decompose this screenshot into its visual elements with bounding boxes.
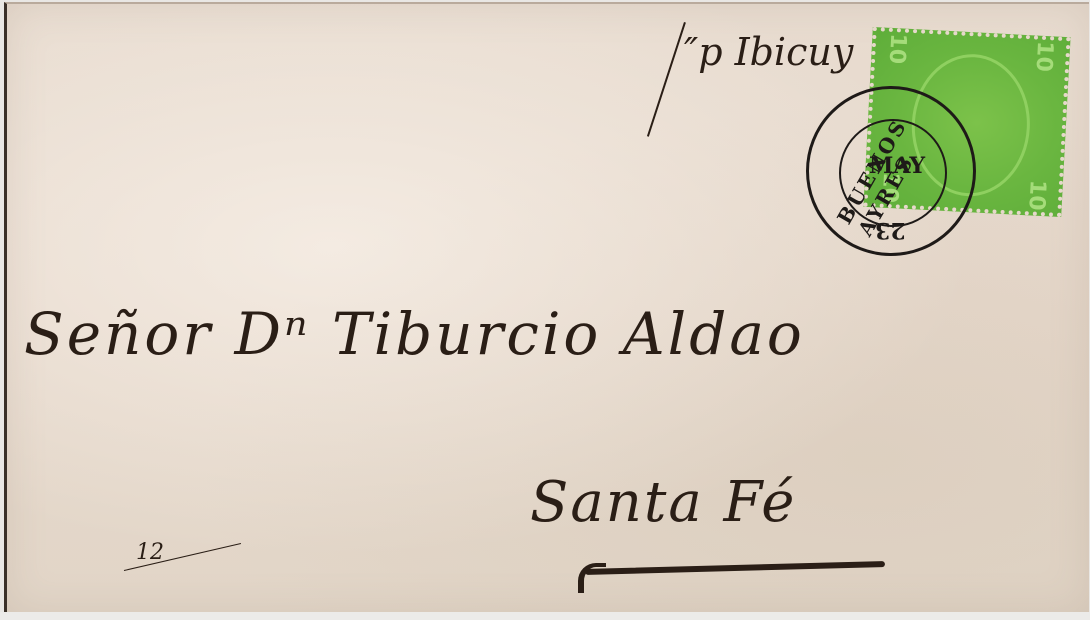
flourish-hook	[578, 563, 606, 593]
stamp-denomination: 10	[1024, 179, 1051, 211]
address-destination: Santa Fé	[530, 470, 796, 535]
routing-note: ″p Ibicuy	[684, 30, 853, 74]
circular-datestamp: BUENOS AYRES MAY 23	[806, 86, 976, 256]
postmark-month: MAY	[869, 153, 925, 179]
postmark-day: 23	[875, 217, 906, 243]
scan-background	[0, 612, 1090, 620]
stamp-denomination: 10	[1031, 41, 1058, 73]
address-addressee: Señor Dⁿ Tiburcio Aldao	[24, 300, 805, 368]
stamp-denomination: 10	[884, 33, 911, 65]
